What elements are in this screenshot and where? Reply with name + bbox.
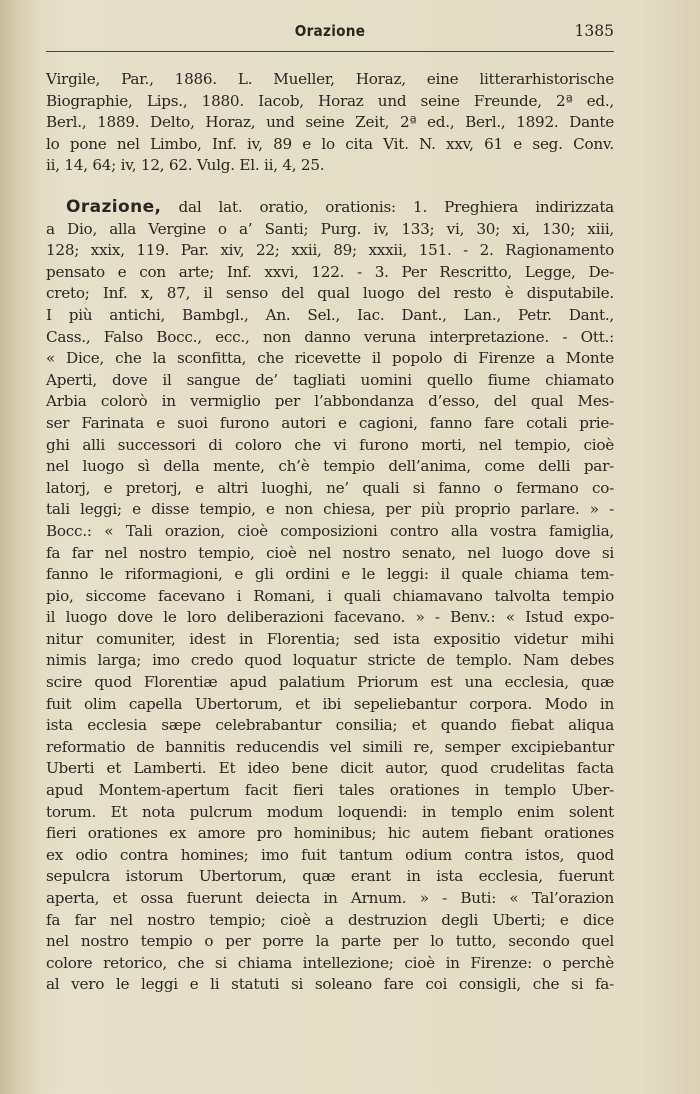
text-line: dal lat. oratio, orationis: 1. Preghiera… [161, 198, 614, 216]
text-line: fieri orationes ex amore pro hominibus; … [46, 823, 614, 845]
text-line: aperta, et ossa fuerunt deiecta in Arnum… [46, 888, 614, 910]
text-line: nel nostro tempio o per porre la parte p… [46, 931, 614, 953]
running-title: Orazione [80, 22, 580, 40]
text-line: pio, siccome facevano i Romani, i quali … [46, 586, 614, 608]
text-line: scire quod Florentiæ apud palatium Prior… [46, 672, 614, 694]
text-line: latorj, e pretorj, e altri luoghi, ne’ q… [46, 478, 614, 500]
text-line: nitur comuniter, idest in Florentia; sed… [46, 629, 614, 651]
text-line: ghi alli successori di coloro che vi fur… [46, 435, 614, 457]
text-line: pensato e con arte; Inf. xxvi, 122. - 3.… [46, 262, 614, 284]
entry-first-line: Orazione, dal lat. oratio, orationis: 1.… [46, 197, 614, 219]
text-line: fanno le riformagioni, e gli ordini e le… [46, 564, 614, 586]
text-line: creto; Inf. x, 87, il senso del qual luo… [46, 283, 614, 305]
entry-headword: Orazione, [66, 197, 161, 217]
text-line: I più antichi, Bambgl., An. Sel., Iac. D… [46, 305, 614, 327]
text-line: Arbia colorò in vermiglio per l’abbondan… [46, 391, 614, 413]
text-line: il luogo dove le loro deliberazioni face… [46, 607, 614, 629]
text-line: apud Montem-apertum facit fieri tales or… [46, 780, 614, 802]
entry-orazione: Orazione, dal lat. oratio, orationis: 1.… [46, 197, 614, 996]
text-line: lo pone nel Limbo, Inf. iv, 89 e lo cita… [46, 134, 614, 156]
text-line: torum. Et nota pulcrum modum loquendi: i… [46, 802, 614, 824]
text-line: Cass., Falso Bocc., ecc., non danno veru… [46, 327, 614, 349]
text-line: a Dio, alla Vergine o a’ Santi; Purg. iv… [46, 219, 614, 241]
text-line: sepulcra istorum Ubertorum, quæ erant in… [46, 866, 614, 888]
text-line: fuit olim capella Ubertorum, et ibi sepe… [46, 694, 614, 716]
page-number: 1385 [575, 22, 614, 40]
text-line: fa far nel nostro tempio, cioè nel nostr… [46, 543, 614, 565]
text-line: ista ecclesia sæpe celebrabantur consili… [46, 715, 614, 737]
text-line: ser Farinata e suoi furono autori e cagi… [46, 413, 614, 435]
continuation-paragraph: Virgile, Par., 1886. L. Mueller, Horaz, … [46, 69, 614, 177]
text-line: nimis larga; imo credo quod loquatur str… [46, 650, 614, 672]
text-line: fa far nel nostro tempio; cioè a destruz… [46, 910, 614, 932]
text-line: tali leggi; e disse tempio, e non chiesa… [46, 499, 614, 521]
header-rule [46, 51, 614, 52]
text-line: Aperti, dove il sangue de’ tagliati uomi… [46, 370, 614, 392]
text-line: nel luogo sì della mente, ch’è tempio de… [46, 456, 614, 478]
text-line: 128; xxix, 119. Par. xiv, 22; xxii, 89; … [46, 240, 614, 262]
running-header: Orazione 1385 [46, 22, 614, 44]
text-line: Virgile, Par., 1886. L. Mueller, Horaz, … [46, 69, 614, 91]
text-line: al vero le leggi e li statuti si soleano… [46, 974, 614, 996]
text-line: Berl., 1889. Delto, Horaz, und seine Zei… [46, 112, 614, 134]
text-line: ex odio contra homines; imo fuit tantum … [46, 845, 614, 867]
text-line: colore retorico, che si chiama intellezi… [46, 953, 614, 975]
text-line: « Dice, che la sconfitta, che ricevette … [46, 348, 614, 370]
text-line: Uberti et Lamberti. Et ideo bene dicit a… [46, 758, 614, 780]
text-line: Bocc.: « Tali orazion, cioè composizioni… [46, 521, 614, 543]
text-line: reformatio de bannitis reducendis vel si… [46, 737, 614, 759]
text-line: ii, 14, 64; iv, 12, 62. Vulg. El. ii, 4,… [46, 155, 614, 177]
text-line: Biographie, Lips., 1880. Iacob, Horaz un… [46, 91, 614, 113]
